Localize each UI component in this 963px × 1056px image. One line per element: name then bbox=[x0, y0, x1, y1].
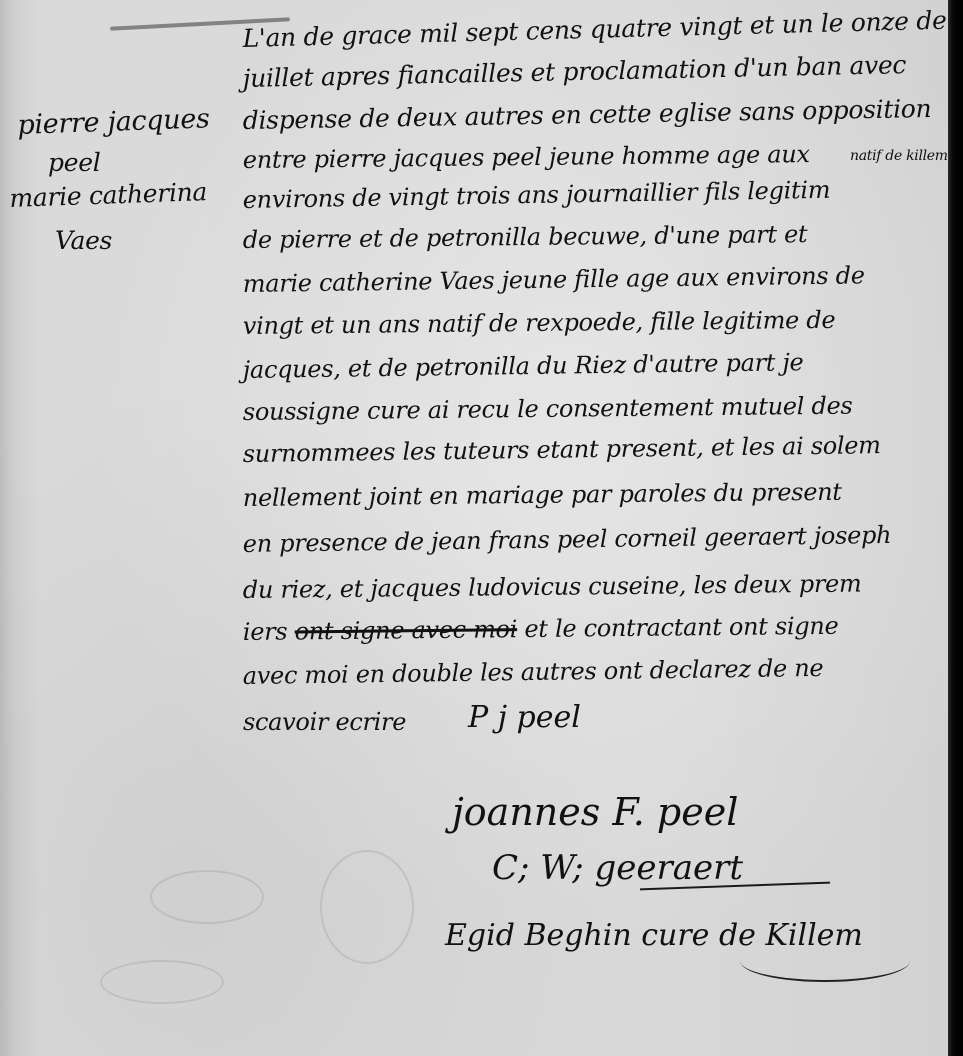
bleed-through-mark bbox=[100, 960, 224, 1004]
record-line-12: nellement joint en mariage par paroles d… bbox=[243, 478, 842, 512]
document-page: pierre jacques peel marie catherina Vaes… bbox=[0, 0, 948, 1056]
record-line-16: avec moi en double les autres ont declar… bbox=[243, 654, 824, 690]
bleed-through-mark bbox=[150, 870, 264, 924]
record-line-9: jacques, et de petronilla du Riez d'autr… bbox=[243, 348, 804, 384]
record-line-7: marie catherine Vaes jeune fille age aux… bbox=[243, 261, 865, 298]
line15-end: et le contractant ont signe bbox=[524, 612, 838, 643]
margin-bride-name: marie catherina bbox=[9, 177, 208, 213]
signature-flourish bbox=[740, 940, 910, 982]
record-line-17: scavoir ecrire bbox=[243, 708, 406, 736]
record-line-11: surnommees les tuteurs etant present, et… bbox=[243, 431, 881, 468]
margin-groom-surname: peel bbox=[48, 148, 100, 177]
bleed-through-mark bbox=[320, 850, 414, 964]
line15-start: iers bbox=[243, 618, 288, 646]
record-line-2: juillet apres fiancailles et proclamatio… bbox=[242, 50, 906, 93]
record-line-5: environs de vingt trois ans journaillier… bbox=[243, 176, 831, 214]
margin-bride-surname: Vaes bbox=[55, 226, 112, 255]
struck-through-text: ont signe avec moi bbox=[295, 615, 518, 645]
signature-joannes-peel: joannes F. peel bbox=[452, 790, 738, 834]
interlinear-note: natif de killem bbox=[850, 148, 948, 164]
record-line-1: L'an de grace mil sept cens quatre vingt… bbox=[242, 6, 947, 53]
signature-geeraert: C; W; geeraert bbox=[492, 848, 743, 888]
record-line-14: du riez, et jacques ludovicus cuseine, l… bbox=[243, 570, 862, 604]
record-line-10: soussigne cure ai recu le consentement m… bbox=[243, 392, 853, 426]
record-line-15: iers ont signe avec moi et le contractan… bbox=[243, 612, 839, 646]
groom-mark: P j peel bbox=[468, 700, 581, 735]
scan-edge-shadow bbox=[948, 0, 963, 1056]
record-line-3: dispense de deux autres en cette eglise … bbox=[242, 94, 931, 135]
record-line-4: entre pierre jacques peel jeune homme ag… bbox=[243, 140, 810, 174]
record-line-13: en presence de jean frans peel corneil g… bbox=[243, 521, 892, 558]
margin-groom-name: pierre jacques bbox=[17, 103, 210, 141]
record-line-8: vingt et un ans natif de rexpoede, fille… bbox=[243, 306, 836, 340]
record-line-6: de pierre et de petronilla becuwe, d'une… bbox=[243, 220, 808, 254]
